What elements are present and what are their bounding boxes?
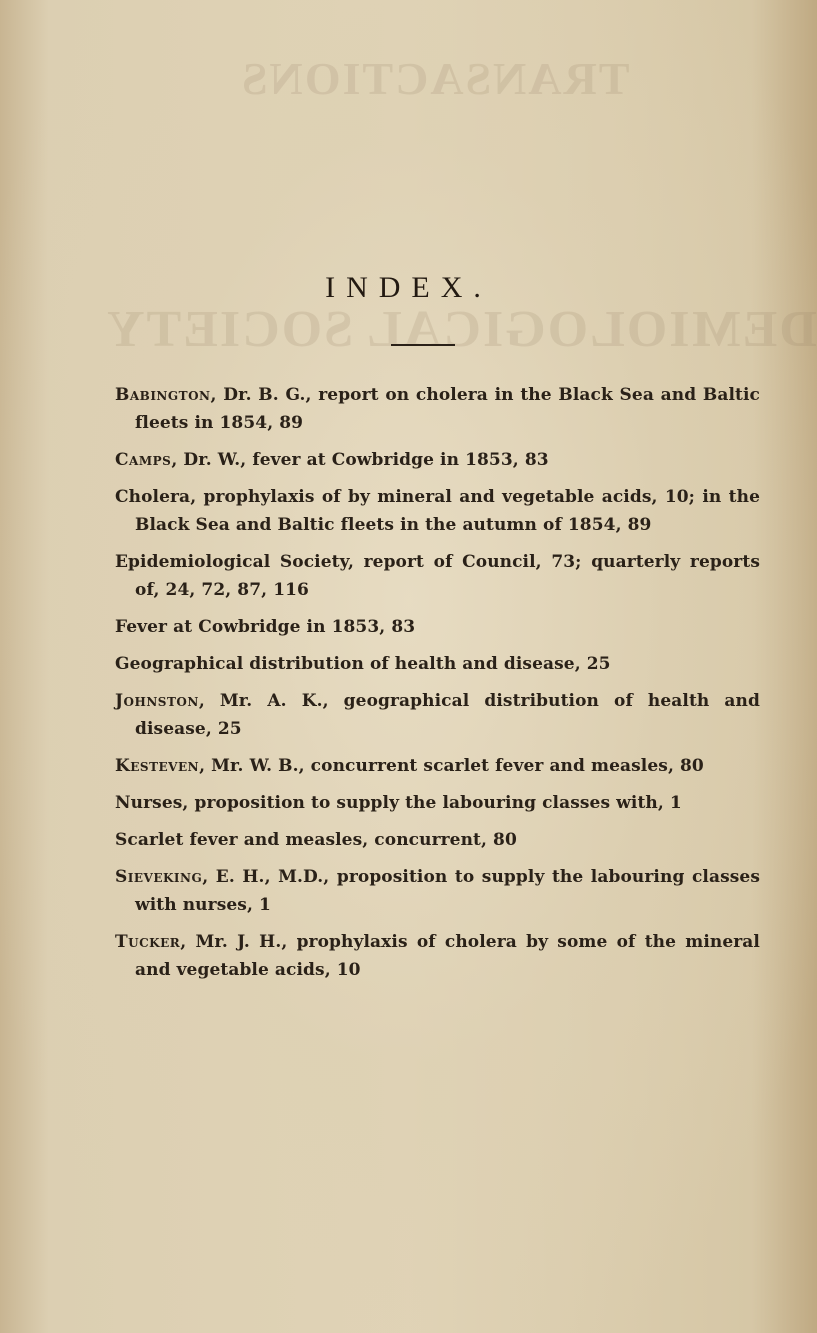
entry-lead: Camps (115, 450, 171, 470)
bleed-through-middle: EPIDEMIOLOGICAL SOCIETY (105, 300, 817, 359)
entry-lead: Tucker (115, 932, 180, 952)
entry-text: fever and measles, concurrent, 80 (183, 830, 516, 850)
entry-lead: Johnston (115, 691, 199, 711)
entry-text: , Dr. B. G., report on cholera in the Bl… (135, 385, 760, 433)
entry-text: , Dr. W., fever at Cowbridge in 1853, 83 (171, 450, 548, 470)
index-entry: Johnston, Mr. A. K., geographical distri… (115, 687, 760, 743)
index-entry: Nurses, proposition to supply the labour… (115, 789, 760, 817)
index-entry: Geographical distribution of health and … (115, 650, 760, 678)
entry-lead: Kesteven (115, 756, 199, 776)
index-entry: Epidemiological Society, report of Counc… (115, 548, 760, 604)
entry-lead: Cholera (115, 487, 190, 507)
index-entry: Fever at Cowbridge in 1853, 83 (115, 613, 760, 641)
page-title: INDEX. (0, 271, 817, 305)
index-entry: Kesteven, Mr. W. B., concurrent scarlet … (115, 752, 760, 780)
entry-text: at Cowbridge in 1853, 83 (167, 617, 415, 637)
index-entry: Cholera, prophylaxis of by mineral and v… (115, 483, 760, 539)
index-entry: Scarlet fever and measles, concurrent, 8… (115, 826, 760, 854)
entry-text: , prophylaxis of by mineral and vegetabl… (135, 487, 760, 535)
entry-lead: Babington (115, 385, 211, 405)
entry-text: , proposition to supply the labouring cl… (182, 793, 681, 813)
entry-text: distribution of health and disease, 25 (243, 654, 610, 674)
entry-lead: Epidemiological Society (115, 552, 348, 572)
entry-lead: Sieveking (115, 867, 202, 887)
bleed-through-top: TRANSACTIONS (240, 52, 630, 105)
index-entry: Camps, Dr. W., fever at Cowbridge in 185… (115, 446, 760, 474)
index-entry: Sieveking, E. H., M.D., proposition to s… (115, 863, 760, 919)
document-page: TRANSACTIONS EPIDEMIOLOGICAL SOCIETY IND… (0, 0, 817, 1333)
entry-lead: Fever (115, 617, 167, 637)
entry-lead: Nurses (115, 793, 182, 813)
entry-lead: Scarlet (115, 830, 183, 850)
index-entry: Babington, Dr. B. G., report on cholera … (115, 381, 760, 437)
entry-text: , Mr. J. H., prophylaxis of cholera by s… (135, 932, 760, 980)
index-entries: Babington, Dr. B. G., report on cholera … (115, 381, 760, 993)
entry-text: , Mr. A. K., geographical distribution o… (135, 691, 760, 739)
index-entry: Tucker, Mr. J. H., prophylaxis of choler… (115, 928, 760, 984)
entry-lead: Geographical (115, 654, 243, 674)
title-rule (391, 344, 455, 346)
entry-text: , E. H., M.D., proposition to supply the… (135, 867, 760, 915)
entry-text: , Mr. W. B., concurrent scarlet fever an… (199, 756, 704, 776)
